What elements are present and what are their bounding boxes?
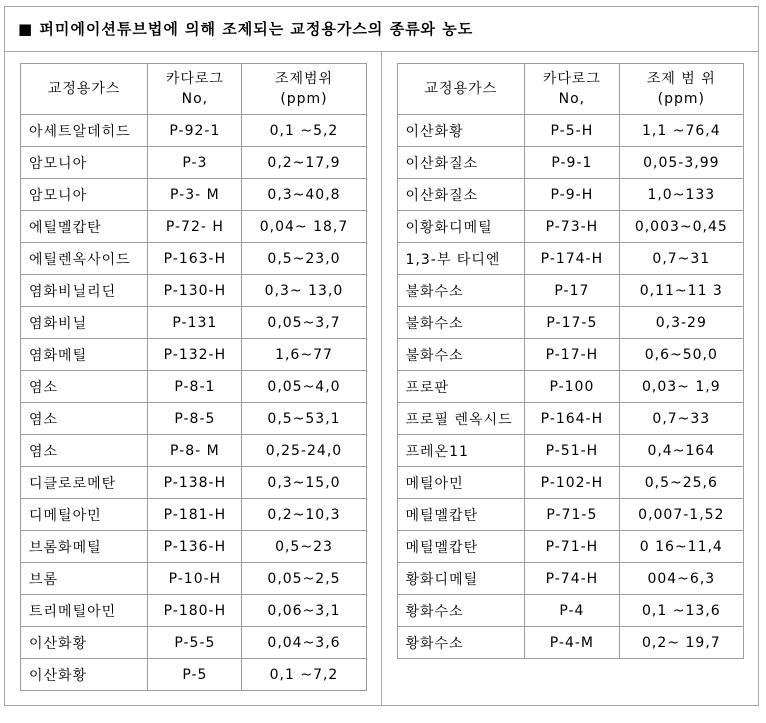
page-title: ■ 퍼미에이션튜브법에 의해 조제되는 교정용가스의 종류와 농도 xyxy=(5,7,758,52)
gas-name-cell: 불화수소 xyxy=(397,339,525,371)
range-header-line2: (ppm) xyxy=(280,91,327,107)
catalog-no-cell: P-5 xyxy=(148,659,242,691)
range-cell: 0,1 ~7,2 xyxy=(242,659,366,691)
table-row: 암모니아P-3- M0,3~40,8 xyxy=(21,179,367,211)
table-row: 디메틸아민P-181-H0,2~10,3 xyxy=(21,499,367,531)
gas-name-cell: 이산화황 xyxy=(21,627,148,659)
catalog-no-cell: P-174-H xyxy=(525,243,619,275)
gas-name-cell: 프로필 렌옥시드 xyxy=(397,403,525,435)
range-column-header: 조제범위 (ppm) xyxy=(242,64,366,115)
catalog-no-cell: P-5-H xyxy=(525,115,619,147)
range-cell: 0,5~25,6 xyxy=(619,467,743,499)
range-cell: 0,1 ~5,2 xyxy=(242,115,366,147)
range-cell: 0,05-3,99 xyxy=(619,147,743,179)
gas-name-cell: 에틸멜캅탄 xyxy=(21,211,148,243)
gas-name-cell: 염화메틸 xyxy=(21,339,148,371)
range-cell: 0,1 ~13,6 xyxy=(619,595,743,627)
catalog-no-cell: P-17-5 xyxy=(525,307,619,339)
catalog-no-cell: P-17 xyxy=(525,275,619,307)
gas-name-cell: 황화수소 xyxy=(397,627,525,659)
gas-name-cell: 황화수소 xyxy=(397,595,525,627)
catalog-no-cell: P-92-1 xyxy=(148,115,242,147)
catalog-no-cell: P-10-H xyxy=(148,563,242,595)
range-cell: 1,1 ~76,4 xyxy=(619,115,743,147)
range-cell: 0,007-1,52 xyxy=(619,499,743,531)
range-cell: 0,2~10,3 xyxy=(242,499,366,531)
table-row: 이산화질소P-9-10,05-3,99 xyxy=(397,147,744,179)
gas-name-cell: 메틸멜캅탄 xyxy=(397,531,525,563)
catalog-no-cell: P-130-H xyxy=(148,275,242,307)
table-row: 프로판P-1000,03~ 1,9 xyxy=(397,371,744,403)
catalog-no-cell: P-71-H xyxy=(525,531,619,563)
catalog-header-line1: 카다로그 xyxy=(166,71,224,87)
range-cell: 0,05~4,0 xyxy=(242,371,366,403)
range-cell: 0 16~11,4 xyxy=(619,531,743,563)
table-row: 황화수소P-40,1 ~13,6 xyxy=(397,595,744,627)
page-frame: ■ 퍼미에이션튜브법에 의해 조제되는 교정용가스의 종류와 농도 교정용가스 … xyxy=(4,6,759,706)
catalog-no-cell: P-3- M xyxy=(148,179,242,211)
table-row: 불화수소P-17-H0,6~50,0 xyxy=(397,339,744,371)
table-row: 메틸멜캅탄P-71-50,007-1,52 xyxy=(397,499,744,531)
range-cell: 1,0~133 xyxy=(619,179,743,211)
range-cell: 0,5~53,1 xyxy=(242,403,366,435)
catalog-no-cell: P-17-H xyxy=(525,339,619,371)
catalog-no-cell: P-164-H xyxy=(525,403,619,435)
gas-name-cell: 염소 xyxy=(21,435,148,467)
catalog-no-cell: P-100 xyxy=(525,371,619,403)
range-cell: 0,7~31 xyxy=(619,243,743,275)
catalog-no-cell: P-51-H xyxy=(525,435,619,467)
catalog-no-column-header: 카다로그 No, xyxy=(148,64,242,115)
header-row: 교정용가스 카다로그 No, 조제 범 위 (ppm) xyxy=(397,64,744,115)
table-row: 메틸멜캅탄P-71-H0 16~11,4 xyxy=(397,531,744,563)
gas-column-header: 교정용가스 xyxy=(21,64,148,115)
table-row: 에틸멜캅탄P-72- H0,04~ 18,7 xyxy=(21,211,367,243)
gas-name-cell: 브롬 xyxy=(21,563,148,595)
table-row: 1,3-부 타디엔P-174-H0,7~31 xyxy=(397,243,744,275)
catalog-no-cell: P-4-M xyxy=(525,627,619,659)
table-row: 이산화질소P-9-H1,0~133 xyxy=(397,179,744,211)
catalog-no-cell: P-163-H xyxy=(148,243,242,275)
gas-name-cell: 메틸아민 xyxy=(397,467,525,499)
catalog-no-cell: P-8- M xyxy=(148,435,242,467)
gas-name-cell: 이산화황 xyxy=(21,659,148,691)
range-cell: 0,5~23 xyxy=(242,531,366,563)
catalog-no-cell: P-132-H xyxy=(148,339,242,371)
catalog-no-cell: P-138-H xyxy=(148,467,242,499)
catalog-no-cell: P-71-5 xyxy=(525,499,619,531)
table-row: 염소P-8- M0,25-24,0 xyxy=(21,435,367,467)
catalog-no-column-header: 카다로그 No, xyxy=(525,64,619,115)
table-row: 불화수소P-170,11~11 3 xyxy=(397,275,744,307)
catalog-no-cell: P-72- H xyxy=(148,211,242,243)
range-column-header: 조제 범 위 (ppm) xyxy=(619,64,743,115)
catalog-no-cell: P-4 xyxy=(525,595,619,627)
gas-name-cell: 이황화디메틸 xyxy=(397,211,525,243)
table-row: 프로필 렌옥시드P-164-H0,7~33 xyxy=(397,403,744,435)
catalog-no-cell: P-102-H xyxy=(525,467,619,499)
range-cell: 0,003~0,45 xyxy=(619,211,743,243)
catalog-no-cell: P-5-5 xyxy=(148,627,242,659)
range-header-line2: (ppm) xyxy=(658,91,705,107)
table-row: 염화메틸P-132-H1,6~77 xyxy=(21,339,367,371)
gas-name-cell: 이산화황 xyxy=(397,115,525,147)
range-cell: 0,04~ 18,7 xyxy=(242,211,366,243)
table-row: 암모니아P-30,2~17,9 xyxy=(21,147,367,179)
gas-name-cell: 디메틸아민 xyxy=(21,499,148,531)
gas-name-cell: 아세트알데히드 xyxy=(21,115,148,147)
right-panel: 교정용가스 카다로그 No, 조제 범 위 (ppm) 이산화황P-5-H1,1… xyxy=(382,52,759,705)
catalog-no-cell: P-8-5 xyxy=(148,403,242,435)
range-cell: 0,3-29 xyxy=(619,307,743,339)
table-row: 에틸렌옥사이드P-163-H0,5~23,0 xyxy=(21,243,367,275)
catalog-header-line2: No, xyxy=(559,91,586,107)
table-row: 이산화황P-5-H1,1 ~76,4 xyxy=(397,115,744,147)
gas-name-cell: 이산화질소 xyxy=(397,179,525,211)
catalog-no-cell: P-9-H xyxy=(525,179,619,211)
catalog-no-cell: P-131 xyxy=(148,307,242,339)
left-panel: 교정용가스 카다로그 No, 조제범위 (ppm) 아세트알데히드P-92-10… xyxy=(5,52,382,705)
table-row: 염화비닐P-1310,05~3,7 xyxy=(21,307,367,339)
range-cell: 0,05~2,5 xyxy=(242,563,366,595)
gas-name-cell: 에틸렌옥사이드 xyxy=(21,243,148,275)
table-row: 디클로로메탄P-138-H0,3~15,0 xyxy=(21,467,367,499)
range-cell: 0,03~ 1,9 xyxy=(619,371,743,403)
gas-name-cell: 불화수소 xyxy=(397,275,525,307)
table-row: 황화디메틸P-74-H004~6,3 xyxy=(397,563,744,595)
table-row: 이황화디메틸P-73-H0,003~0,45 xyxy=(397,211,744,243)
table-row: 이산화황P-50,1 ~7,2 xyxy=(21,659,367,691)
gas-name-cell: 메틸멜캅탄 xyxy=(397,499,525,531)
range-header-line1: 조제범위 xyxy=(275,71,333,87)
gas-name-cell: 염소 xyxy=(21,371,148,403)
range-cell: 0,06~3,1 xyxy=(242,595,366,627)
table-row: 불화수소P-17-50,3-29 xyxy=(397,307,744,339)
gas-name-cell: 브롬화메틸 xyxy=(21,531,148,563)
gas-name-cell: 염화비닐리딘 xyxy=(21,275,148,307)
range-cell: 0,3~ 13,0 xyxy=(242,275,366,307)
table-row: 트리메틸아민P-180-H0,06~3,1 xyxy=(21,595,367,627)
header-row: 교정용가스 카다로그 No, 조제범위 (ppm) xyxy=(21,64,367,115)
catalog-no-cell: P-180-H xyxy=(148,595,242,627)
range-cell: 0,05~3,7 xyxy=(242,307,366,339)
catalog-no-cell: P-73-H xyxy=(525,211,619,243)
gas-name-cell: 황화디메틸 xyxy=(397,563,525,595)
gas-name-cell: 트리메틸아민 xyxy=(21,595,148,627)
range-cell: 0,11~11 3 xyxy=(619,275,743,307)
table-row: 메틸아민P-102-H0,5~25,6 xyxy=(397,467,744,499)
range-cell: 0,7~33 xyxy=(619,403,743,435)
range-cell: 0,5~23,0 xyxy=(242,243,366,275)
left-gas-table: 교정용가스 카다로그 No, 조제범위 (ppm) 아세트알데히드P-92-10… xyxy=(20,63,367,691)
range-cell: 0,2~ 19,7 xyxy=(619,627,743,659)
range-cell: 0,3~15,0 xyxy=(242,467,366,499)
catalog-no-cell: P-74-H xyxy=(525,563,619,595)
table-row: 프레온11P-51-H0,4~164 xyxy=(397,435,744,467)
gas-name-cell: 염소 xyxy=(21,403,148,435)
table-row: 브롬P-10-H0,05~2,5 xyxy=(21,563,367,595)
catalog-header-line2: No, xyxy=(182,91,209,107)
gas-name-cell: 프레온11 xyxy=(397,435,525,467)
tables-area: 교정용가스 카다로그 No, 조제범위 (ppm) 아세트알데히드P-92-10… xyxy=(5,52,758,705)
table-row: 염화비닐리딘P-130-H0,3~ 13,0 xyxy=(21,275,367,307)
table-row: 이산화황P-5-50,04~3,6 xyxy=(21,627,367,659)
range-cell: 1,6~77 xyxy=(242,339,366,371)
catalog-no-cell: P-8-1 xyxy=(148,371,242,403)
range-cell: 0,4~164 xyxy=(619,435,743,467)
range-cell: 0,6~50,0 xyxy=(619,339,743,371)
gas-name-cell: 디클로로메탄 xyxy=(21,467,148,499)
range-cell: 004~6,3 xyxy=(619,563,743,595)
table-row: 염소P-8-10,05~4,0 xyxy=(21,371,367,403)
table-row: 아세트알데히드P-92-10,1 ~5,2 xyxy=(21,115,367,147)
table-row: 황화수소P-4-M0,2~ 19,7 xyxy=(397,627,744,659)
gas-name-cell: 불화수소 xyxy=(397,307,525,339)
catalog-no-cell: P-3 xyxy=(148,147,242,179)
range-header-line1: 조제 범 위 xyxy=(647,71,716,87)
range-cell: 0,25-24,0 xyxy=(242,435,366,467)
gas-name-cell: 프로판 xyxy=(397,371,525,403)
gas-name-cell: 1,3-부 타디엔 xyxy=(397,243,525,275)
gas-name-cell: 암모니아 xyxy=(21,179,148,211)
range-cell: 0,3~40,8 xyxy=(242,179,366,211)
range-cell: 0,2~17,9 xyxy=(242,147,366,179)
range-cell: 0,04~3,6 xyxy=(242,627,366,659)
gas-name-cell: 염화비닐 xyxy=(21,307,148,339)
gas-name-cell: 이산화질소 xyxy=(397,147,525,179)
catalog-no-cell: P-181-H xyxy=(148,499,242,531)
catalog-header-line1: 카다로그 xyxy=(543,71,601,87)
gas-column-header: 교정용가스 xyxy=(397,64,525,115)
catalog-no-cell: P-9-1 xyxy=(525,147,619,179)
table-row: 염소P-8-50,5~53,1 xyxy=(21,403,367,435)
catalog-no-cell: P-136-H xyxy=(148,531,242,563)
right-gas-table: 교정용가스 카다로그 No, 조제 범 위 (ppm) 이산화황P-5-H1,1… xyxy=(397,63,745,659)
gas-name-cell: 암모니아 xyxy=(21,147,148,179)
table-row: 브롬화메틸P-136-H0,5~23 xyxy=(21,531,367,563)
